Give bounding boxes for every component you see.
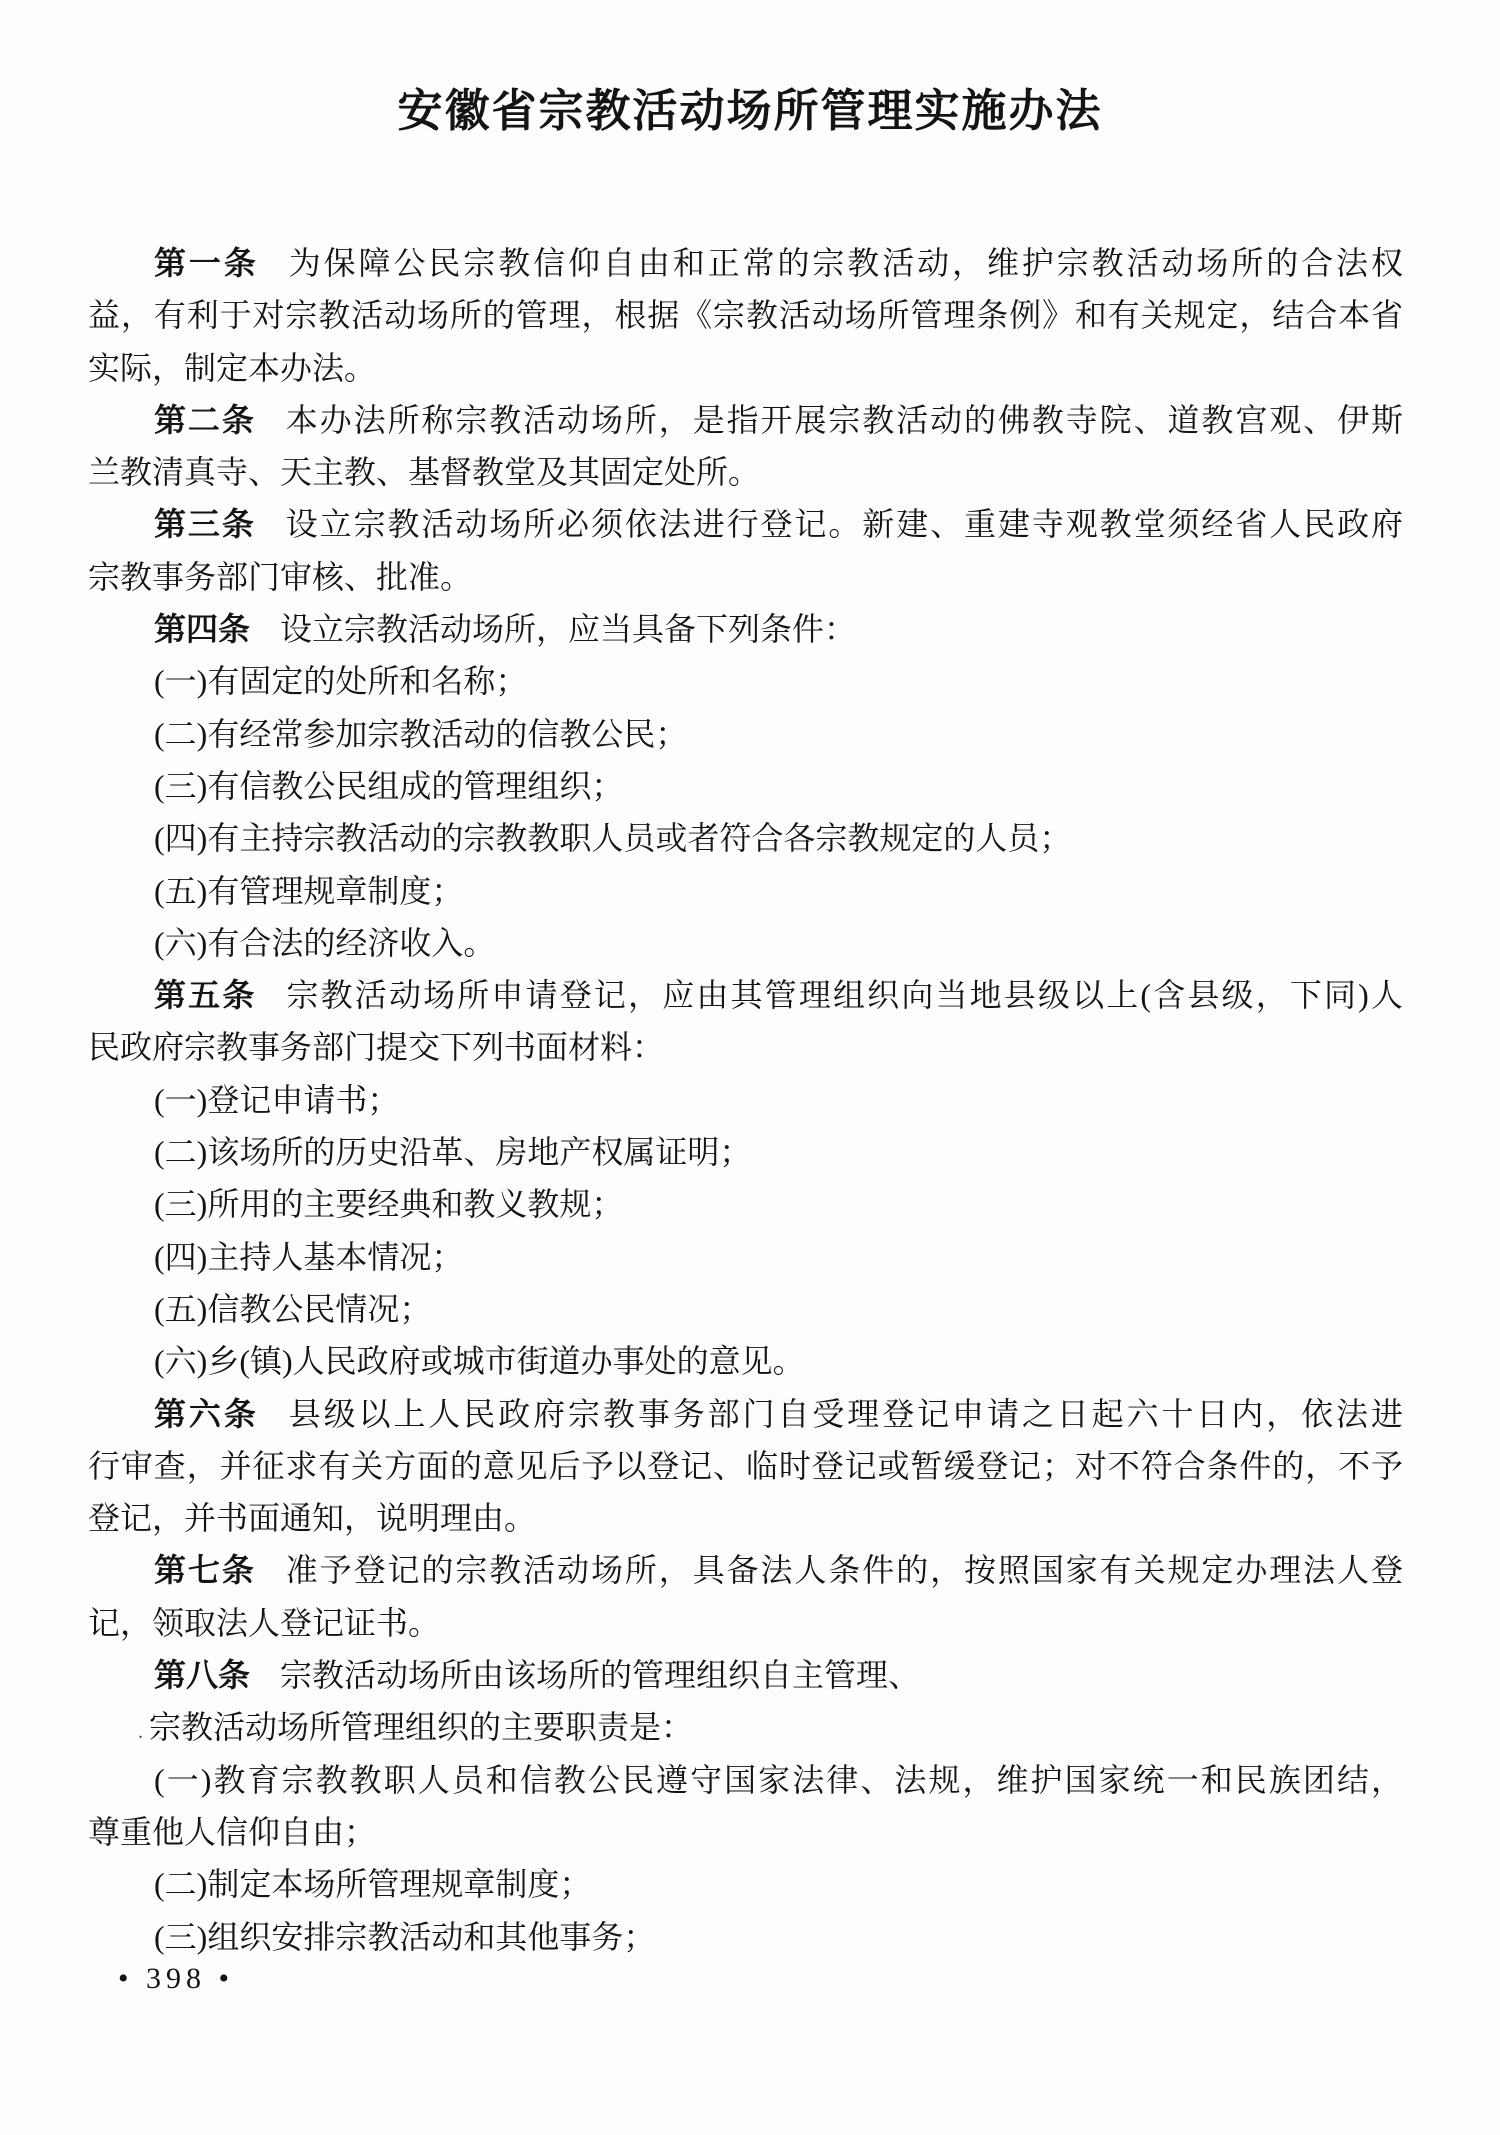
line-text: 设立宗教活动场所，应当具备下列条件： [280, 611, 856, 647]
text-line: 尊重他人信仰自由； [88, 1806, 1403, 1858]
article-number-label: 第三条 [154, 506, 256, 542]
text-line: 民政府宗教事务部门提交下列书面材料： [88, 1021, 1403, 1073]
line-text: 宗教活动场所由该场所的管理组织自主管理、 [280, 1657, 920, 1693]
line-text: 为保障公民宗教信仰自由和正常的宗教活动，维护宗教活动场所的合法权 [289, 245, 1403, 281]
article-number-label: 第四条 [154, 611, 250, 647]
article-number-label: 第一条 [154, 245, 259, 281]
text-line: (二)有经常参加宗教活动的信教公民； [88, 708, 1403, 760]
article-number-label: 第二条 [154, 402, 256, 438]
line-text: 县级以上人民政府宗教事务部门自受理登记申请之日起六十日内，依法进 [289, 1396, 1403, 1432]
line-text: (五)有管理规章制度； [154, 873, 463, 909]
document-page: 安徽省宗教活动场所管理实施办法 第一条为保障公民宗教信仰自由和正常的宗教活动，维… [0, 0, 1500, 2135]
text-line: (四)主持人基本情况； [88, 1231, 1403, 1283]
line-text: 实际，制定本办法。 [88, 350, 376, 386]
text-line: 第五条宗教活动场所申请登记，应由其管理组织向当地县级以上(含县级，下同)人 [88, 969, 1403, 1021]
text-line: (一)登记申请书； [88, 1074, 1403, 1126]
line-text: 宗教活动场所管理组织的主要职责是： [149, 1709, 693, 1745]
text-line: (五)有管理规章制度； [88, 865, 1403, 917]
line-text: 设立宗教活动场所必须依法进行登记。新建、重建寺观教堂须经省人民政府 [286, 506, 1403, 542]
line-text: (三)组织安排宗教活动和其他事务； [154, 1919, 655, 1955]
article-number-label: 第六条 [154, 1396, 259, 1432]
text-line: (一)有固定的处所和名称； [88, 655, 1403, 707]
text-line: 第六条县级以上人民政府宗教事务部门自受理登记申请之日起六十日内，依法进 [88, 1388, 1403, 1440]
text-line: 第四条设立宗教活动场所，应当具备下列条件： [88, 603, 1403, 655]
line-text: (一)有固定的处所和名称； [154, 663, 527, 699]
line-text: 登记，并书面通知，说明理由。 [88, 1500, 536, 1536]
article-number-label: 第七条 [154, 1552, 256, 1588]
article-number-label: 第五条 [154, 977, 256, 1013]
line-text: (二)制定本场所管理规章制度； [154, 1866, 591, 1902]
line-text: (一)登记申请书； [154, 1082, 399, 1118]
text-line: (四)有主持宗教活动的宗教教职人员或者符合各宗教规定的人员； [88, 812, 1403, 864]
document-body: 第一条为保障公民宗教信仰自由和正常的宗教活动，维护宗教活动场所的合法权益，有利于… [88, 237, 1403, 1963]
line-text: 准予登记的宗教活动场所，具备法人条件的，按照国家有关规定办理法人登 [286, 1552, 1403, 1588]
line-text: 兰教清真寺、天主教、基督教堂及其固定处所。 [88, 454, 760, 490]
text-line: 益，有利于对宗教活动场所的管理，根据《宗教活动场所管理条例》和有关规定，结合本省 [88, 289, 1403, 341]
text-line: 第一条为保障公民宗教信仰自由和正常的宗教活动，维护宗教活动场所的合法权 [88, 237, 1403, 289]
line-text: 民政府宗教事务部门提交下列书面材料： [88, 1029, 664, 1065]
line-text: (六)有合法的经济收入。 [154, 925, 495, 961]
line-text: (三)有信教公民组成的管理组织； [154, 768, 623, 804]
line-text: (四)主持人基本情况； [154, 1239, 463, 1275]
page-title: 安徽省宗教活动场所管理实施办法 [0, 74, 1500, 139]
text-line: 第七条准予登记的宗教活动场所，具备法人条件的，按照国家有关规定办理法人登 [88, 1544, 1403, 1596]
line-text: (一)教育宗教教职人员和信教公民遵守国家法律、法规，维护国家统一和民族团结， [154, 1762, 1403, 1798]
text-line: 兰教清真寺、天主教、基督教堂及其固定处所。 [88, 446, 1403, 498]
text-line: .宗教活动场所管理组织的主要职责是： [88, 1701, 1403, 1753]
line-text: 益，有利于对宗教活动场所的管理，根据《宗教活动场所管理条例》和有关规定，结合本省 [88, 297, 1403, 333]
text-line: (三)有信教公民组成的管理组织； [88, 760, 1403, 812]
text-line: (五)信教公民情况； [88, 1283, 1403, 1335]
text-line: 行审查，并征求有关方面的意见后予以登记、临时登记或暂缓登记；对不符合条件的，不予 [88, 1440, 1403, 1492]
page-number: • 398 • [118, 1962, 234, 1996]
article-number-label: 第八条 [154, 1657, 250, 1693]
text-line: (二)制定本场所管理规章制度； [88, 1858, 1403, 1910]
line-text: 宗教活动场所申请登记，应由其管理组织向当地县级以上(含县级，下同)人 [286, 977, 1403, 1013]
line-text: (六)乡(镇)人民政府或城市街道办事处的意见。 [154, 1343, 805, 1379]
text-line: 第二条本办法所称宗教活动场所，是指开展宗教活动的佛教寺院、道教宫观、伊斯 [88, 394, 1403, 446]
text-line: 宗教事务部门审核、批准。 [88, 551, 1403, 603]
text-line: (三)所用的主要经典和教义教规； [88, 1178, 1403, 1230]
text-line: 登记，并书面通知，说明理由。 [88, 1492, 1403, 1544]
line-text: 本办法所称宗教活动场所，是指开展宗教活动的佛教寺院、道教宫观、伊斯 [286, 402, 1403, 438]
text-line: 记，领取法人登记证书。 [88, 1597, 1403, 1649]
scan-artifact-dot: . [138, 1721, 143, 1743]
line-text: 记，领取法人登记证书。 [88, 1605, 440, 1641]
line-text: (四)有主持宗教活动的宗教教职人员或者符合各宗教规定的人员； [154, 820, 1071, 856]
text-line: (六)有合法的经济收入。 [88, 917, 1403, 969]
text-line: (一)教育宗教教职人员和信教公民遵守国家法律、法规，维护国家统一和民族团结， [88, 1754, 1403, 1806]
line-text: 宗教事务部门审核、批准。 [88, 559, 472, 595]
text-line: 第三条设立宗教活动场所必须依法进行登记。新建、重建寺观教堂须经省人民政府 [88, 498, 1403, 550]
line-text: (五)信教公民情况； [154, 1291, 431, 1327]
text-line: 实际，制定本办法。 [88, 342, 1403, 394]
text-line: 第八条宗教活动场所由该场所的管理组织自主管理、 [88, 1649, 1403, 1701]
line-text: (二)有经常参加宗教活动的信教公民； [154, 716, 687, 752]
text-line: (三)组织安排宗教活动和其他事务； [88, 1911, 1403, 1963]
line-text: 行审查，并征求有关方面的意见后予以登记、临时登记或暂缓登记；对不符合条件的，不予 [88, 1448, 1403, 1484]
line-text: (二)该场所的历史沿革、房地产权属证明； [154, 1134, 751, 1170]
text-line: (六)乡(镇)人民政府或城市街道办事处的意见。 [88, 1335, 1403, 1387]
line-text: 尊重他人信仰自由； [88, 1814, 376, 1850]
line-text: (三)所用的主要经典和教义教规； [154, 1186, 623, 1222]
text-line: (二)该场所的历史沿革、房地产权属证明； [88, 1126, 1403, 1178]
